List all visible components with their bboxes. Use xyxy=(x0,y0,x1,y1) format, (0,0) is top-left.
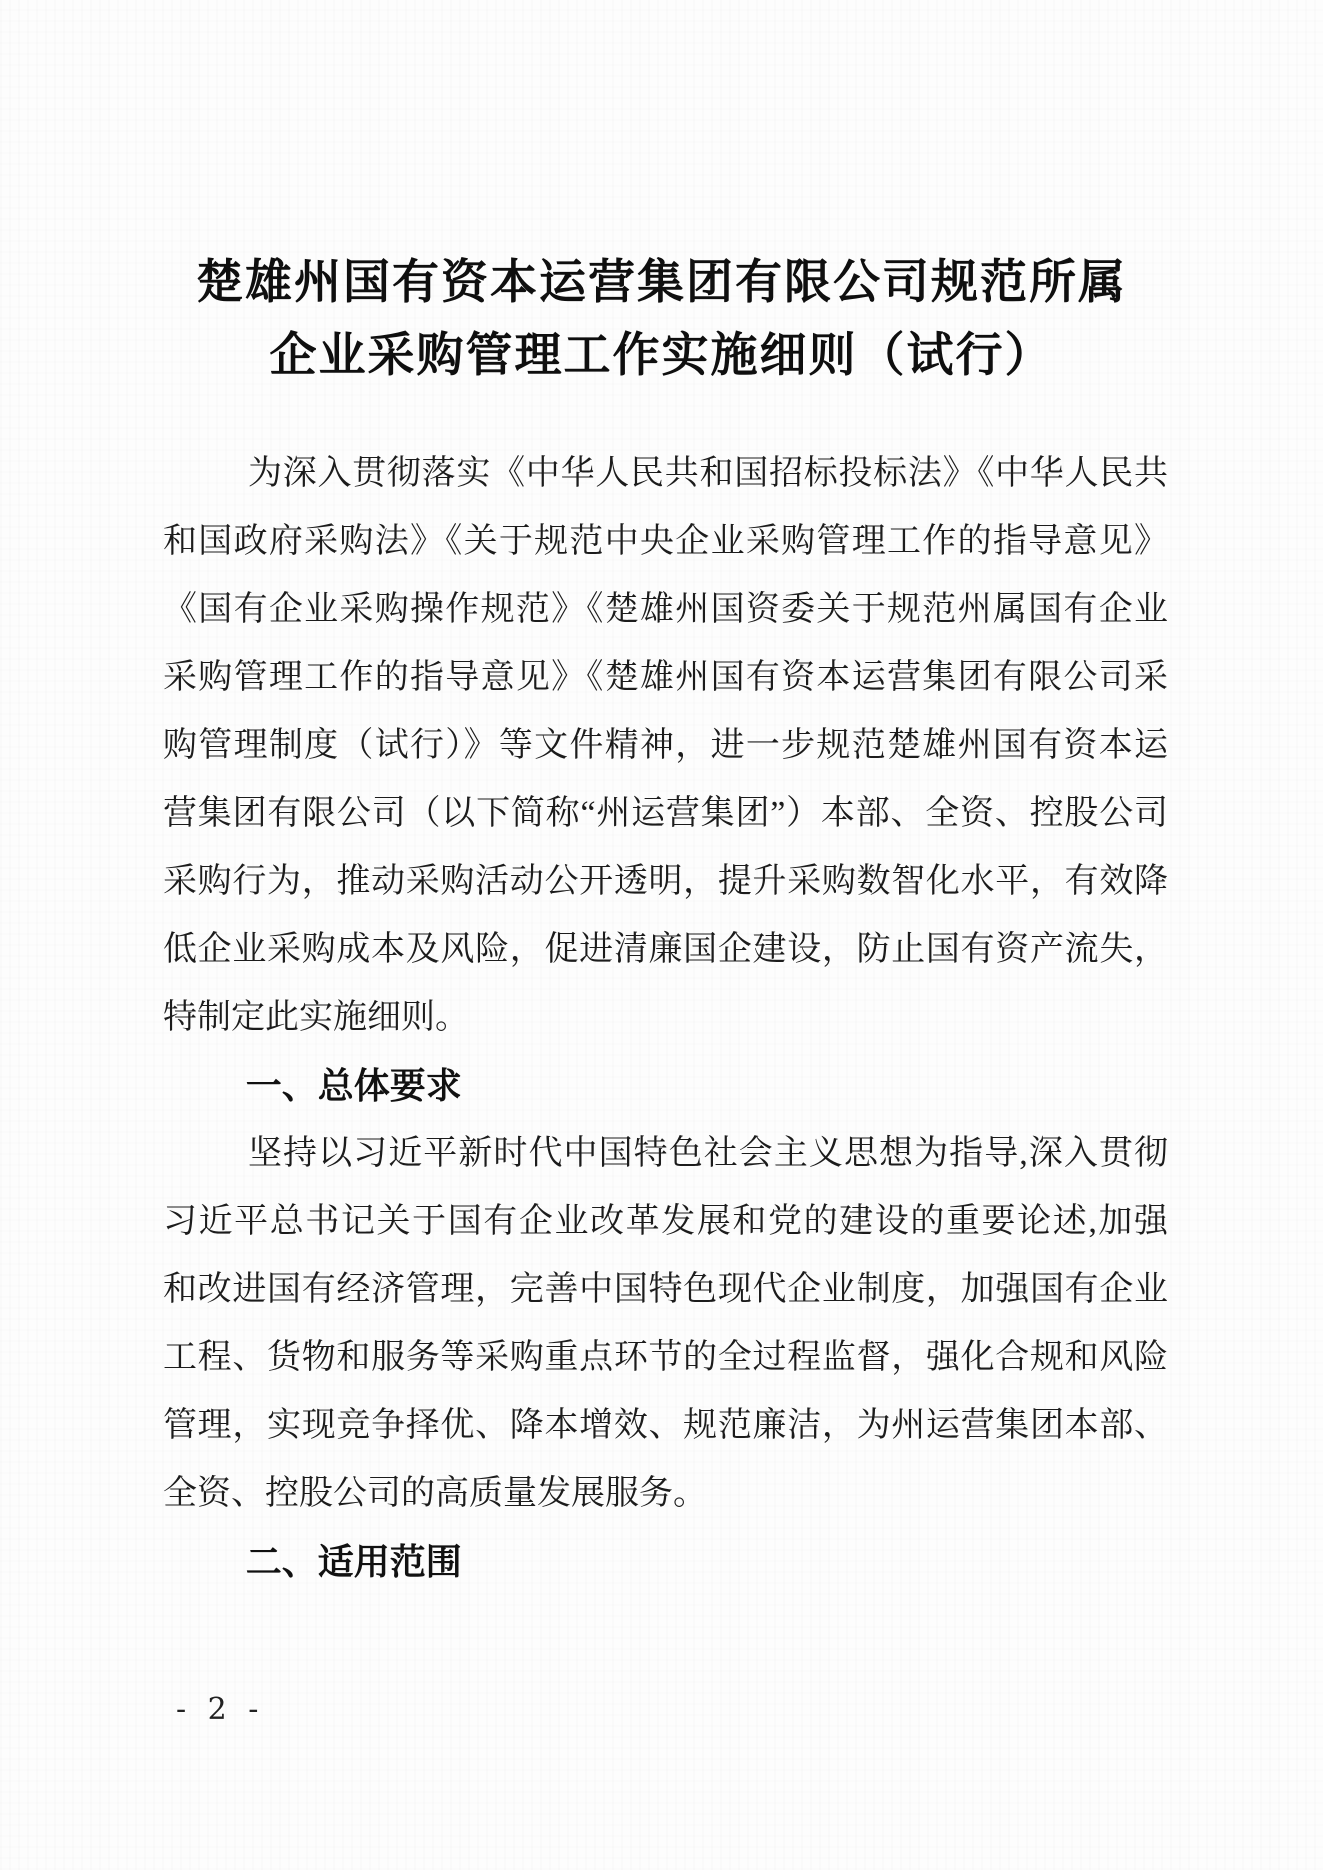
paragraph1-line: 购管理制度（试行）》等文件精神，进一步规范楚雄州国有资本运 xyxy=(163,712,1168,780)
document-title: 楚雄州国有资本运营集团有限公司规范所属 企业采购管理工作实施细则（试行） xyxy=(0,247,1323,393)
paragraph2-line: 习近平总书记关于国有企业改革发展和党的建设的重要论述,加强 xyxy=(163,1188,1168,1256)
paragraph1-line: 为深入贯彻落实《中华人民共和国招标投标法》《中华人民共 xyxy=(163,440,1168,508)
document-title-line1: 楚雄州国有资本运营集团有限公司规范所属 xyxy=(0,247,1323,320)
paragraph1-line: 特制定此实施细则。 xyxy=(163,984,1168,1052)
document-body: 为深入贯彻落实《中华人民共和国招标投标法》《中华人民共 和国政府采购法》《关于规… xyxy=(163,440,1168,1596)
scanned-document-page: 楚雄州国有资本运营集团有限公司规范所属 企业采购管理工作实施细则（试行） 为深入… xyxy=(0,0,1323,1870)
paragraph1-line: 营集团有限公司（以下简称“州运营集团”）本部、全资、控股公司 xyxy=(163,780,1168,848)
page-number: - 2 - xyxy=(176,1692,264,1728)
paragraph2-line: 和改进国有经济管理，完善中国特色现代企业制度，加强国有企业 xyxy=(163,1256,1168,1324)
paragraph2-line: 全资、控股公司的高质量发展服务。 xyxy=(163,1460,1168,1528)
paragraph1-line: 采购管理工作的指导意见》《楚雄州国有资本运营集团有限公司采 xyxy=(163,644,1168,712)
paragraph2-line: 管理，实现竞争择优、降本增效、规范廉洁，为州运营集团本部、 xyxy=(163,1392,1168,1460)
paragraph1-line: 《国有企业采购操作规范》《楚雄州国资委关于规范州属国有企业 xyxy=(163,576,1168,644)
paragraph1-line: 采购行为，推动采购活动公开透明，提升采购数智化水平，有效降 xyxy=(163,848,1168,916)
paragraph1-line: 和国政府采购法》《关于规范中央企业采购管理工作的指导意见》 xyxy=(163,508,1168,576)
paragraph2-line: 坚持以习近平新时代中国特色社会主义思想为指导,深入贯彻 xyxy=(163,1120,1168,1188)
paragraph2-line: 工程、货物和服务等采购重点环节的全过程监督，强化合规和风险 xyxy=(163,1324,1168,1392)
paragraph1-line: 低企业采购成本及风险，促进清廉国企建设，防止国有资产流失， xyxy=(163,916,1168,984)
document-title-line2: 企业采购管理工作实施细则（试行） xyxy=(0,320,1323,393)
section2-heading: 二、适用范围 xyxy=(163,1528,1168,1596)
section1-heading: 一、总体要求 xyxy=(163,1052,1168,1120)
